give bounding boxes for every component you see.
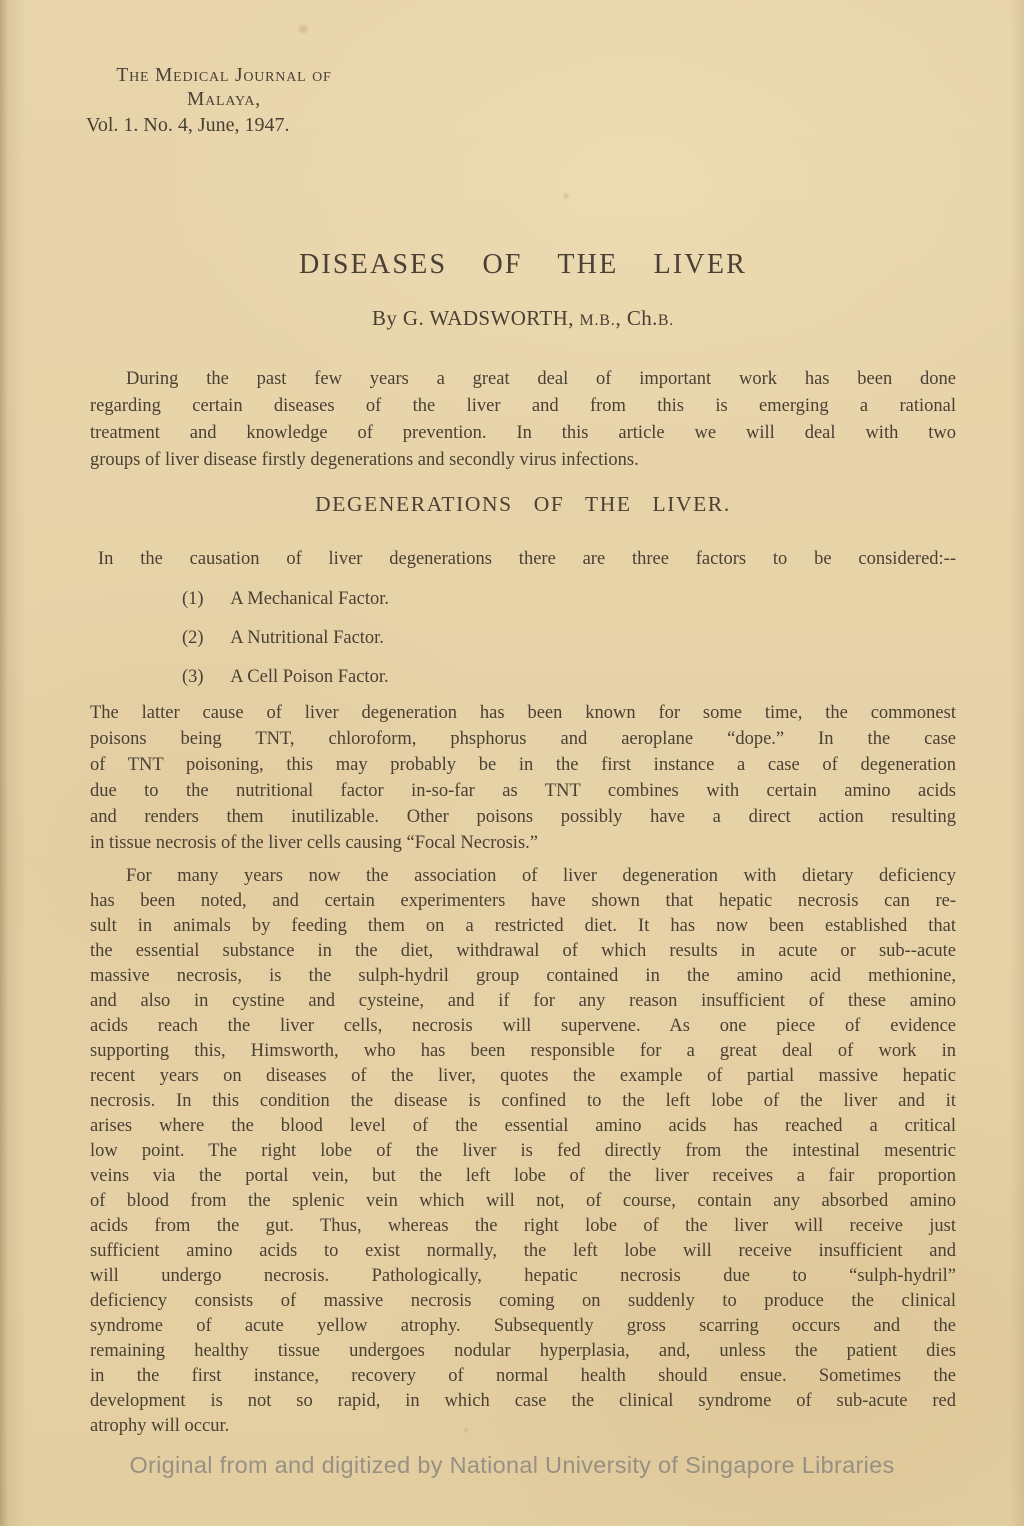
- text-line: arises where the blood level of the esse…: [90, 1114, 956, 1139]
- article-title: DISEASES OF THE LIVER: [90, 249, 956, 281]
- intro-paragraph: During the past few years a great deal o…: [90, 366, 956, 474]
- text-line: remaining healthy tissue undergoes nodul…: [90, 1339, 956, 1364]
- text-line: acids from the gut. Thus, whereas the ri…: [90, 1214, 956, 1239]
- text-line: in tissue necrosis of the liver cells ca…: [90, 830, 956, 856]
- text-line: development is not so rapid, in which ca…: [90, 1389, 956, 1414]
- text-line: The latter cause of liver degeneration h…: [90, 700, 956, 726]
- text-line: of TNT poisoning, this may probably be i…: [90, 752, 956, 778]
- text-line: acids reach the liver cells, necrosis wi…: [90, 1014, 956, 1039]
- text-line: poisons being TNT, chloroform, phsphorus…: [90, 726, 956, 752]
- text-line: will undergo necrosis. Pathologically, h…: [90, 1264, 956, 1289]
- text-line: (2) A Nutritional Factor.: [182, 625, 956, 651]
- text-line: supporting this, Himsworth, who has been…: [90, 1039, 956, 1064]
- text-line: groups of liver disease firstly degenera…: [90, 447, 956, 474]
- dietary-deficiency-paragraph: For many years now the association of li…: [90, 864, 956, 1439]
- journal-issue-line: Vol. 1. No. 4, June, 1947.: [86, 113, 362, 137]
- text-line: has been noted, and certain experimenter…: [90, 889, 956, 914]
- text-line: in the first instance, recovery of norma…: [90, 1364, 956, 1389]
- article-byline: By G. WADSWORTH, M.B., Ch.B.: [90, 306, 956, 331]
- journal-name-line2: Malaya,: [86, 88, 362, 112]
- text-line: and also in cystine and cysteine, and if…: [90, 989, 956, 1014]
- scanned-journal-page: The Medical Journal of Malaya, Vol. 1. N…: [0, 0, 1024, 1526]
- byline-author: By G. WADSWORTH,: [372, 306, 574, 330]
- text-line: the essential substance in the diet, wit…: [90, 939, 956, 964]
- cell-poison-paragraph: The latter cause of liver degeneration h…: [90, 700, 956, 856]
- text-line: recent years on diseases of the liver, q…: [90, 1064, 956, 1089]
- text-line: necrosis. In this condition the disease …: [90, 1089, 956, 1114]
- text-line: sufficient amino acids to exist normally…: [90, 1239, 956, 1264]
- text-line: For many years now the association of li…: [90, 864, 956, 889]
- byline-qualification-mb: M.B.: [580, 312, 616, 329]
- text-line: (1) A Mechanical Factor.: [182, 586, 956, 612]
- text-line: During the past few years a great deal o…: [90, 366, 956, 393]
- causation-lead-line: In the causation of liver degenerations …: [90, 546, 956, 572]
- section-heading-degenerations: DEGENERATIONS OF THE LIVER.: [90, 492, 956, 517]
- text-line: sult in animals by feeding them on a res…: [90, 914, 956, 939]
- text-line: syndrome of acute yellow atrophy. Subseq…: [90, 1314, 956, 1339]
- factor-list: (1) A Mechanical Factor.(2) A Nutritiona…: [90, 586, 956, 703]
- text-line: and renders them inutilizable. Other poi…: [90, 804, 956, 830]
- text-line: low point. The right lobe of the liver i…: [90, 1139, 956, 1164]
- text-line: deficiency consists of massive necrosis …: [90, 1289, 956, 1314]
- text-line: of blood from the splenic vein which wil…: [90, 1189, 956, 1214]
- text-line: massive necrosis, is the sulph-hydril gr…: [90, 964, 956, 989]
- text-line: atrophy will occur.: [90, 1414, 956, 1439]
- journal-masthead: The Medical Journal of Malaya, Vol. 1. N…: [86, 64, 362, 137]
- text-line: veins via the portal vein, but the left …: [90, 1164, 956, 1189]
- byline-separator: , Ch.: [616, 306, 658, 330]
- byline-qualification-chb: B.: [658, 312, 674, 329]
- digitization-watermark: Original from and digitized by National …: [0, 1452, 1024, 1479]
- text-line: due to the nutritional factor in-so-far …: [90, 778, 956, 804]
- text-line: treatment and knowledge of prevention. I…: [90, 420, 956, 447]
- journal-name-line1: The Medical Journal of: [86, 64, 362, 88]
- text-line: regarding certain diseases of the liver …: [90, 393, 956, 420]
- text-line: (3) A Cell Poison Factor.: [182, 664, 956, 690]
